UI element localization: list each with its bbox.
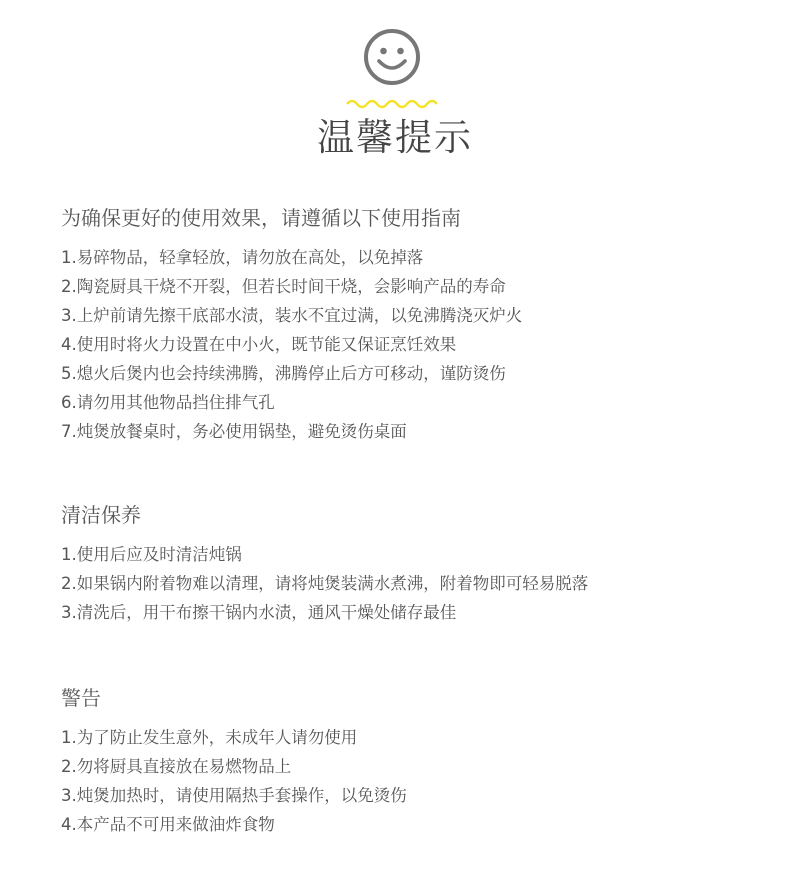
smiley-face-icon (362, 27, 422, 87)
list-item: 7.炖煲放餐桌时，务必使用锅垫，避免烫伤桌面 (61, 417, 522, 446)
section-usage-guide: 为确保更好的使用效果，请遵循以下使用指南 1.易碎物品，轻拿轻放，请勿放在高处，… (61, 204, 522, 446)
section-heading: 清洁保养 (61, 501, 588, 529)
list-item: 4.使用时将火力设置在中小火，既节能又保证烹饪效果 (61, 330, 522, 359)
section-heading: 警告 (61, 684, 407, 712)
list-item: 3.炖煲加热时，请使用隔热手套操作，以免烫伤 (61, 781, 407, 810)
list-item: 2.如果锅内附着物难以清理，请将炖煲装满水煮沸，附着物即可轻易脱落 (61, 569, 588, 598)
wave-decoration-icon (345, 95, 437, 109)
list-item: 1.易碎物品，轻拿轻放，请勿放在高处，以免掉落 (61, 243, 522, 272)
list-item: 1.为了防止发生意外，未成年人请勿使用 (61, 723, 407, 752)
section-warning: 警告 1.为了防止发生意外，未成年人请勿使用 2.勿将厨具直接放在易燃物品上 3… (61, 684, 407, 839)
section-heading: 为确保更好的使用效果，请遵循以下使用指南 (61, 204, 522, 232)
list-item: 6.请勿用其他物品挡住排气孔 (61, 388, 522, 417)
list-item: 1.使用后应及时清洁炖锅 (61, 540, 588, 569)
section-cleaning: 清洁保养 1.使用后应及时清洁炖锅 2.如果锅内附着物难以清理，请将炖煲装满水煮… (61, 501, 588, 627)
list-item: 4.本产品不可用来做油炸食物 (61, 810, 407, 839)
list-item: 3.上炉前请先擦干底部水渍，装水不宜过满，以免沸腾浇灭炉火 (61, 301, 522, 330)
list-item: 2.陶瓷厨具干烧不开裂，但若长时间干烧，会影响产品的寿命 (61, 272, 522, 301)
list-item: 2.勿将厨具直接放在易燃物品上 (61, 752, 407, 781)
page-title: 温馨提示 (0, 112, 790, 164)
list-item: 5.熄火后煲内也会持续沸腾，沸腾停止后方可移动，谨防烫伤 (61, 359, 522, 388)
list-item: 3.清洗后，用干布擦干锅内水渍，通风干燥处储存最佳 (61, 598, 588, 627)
